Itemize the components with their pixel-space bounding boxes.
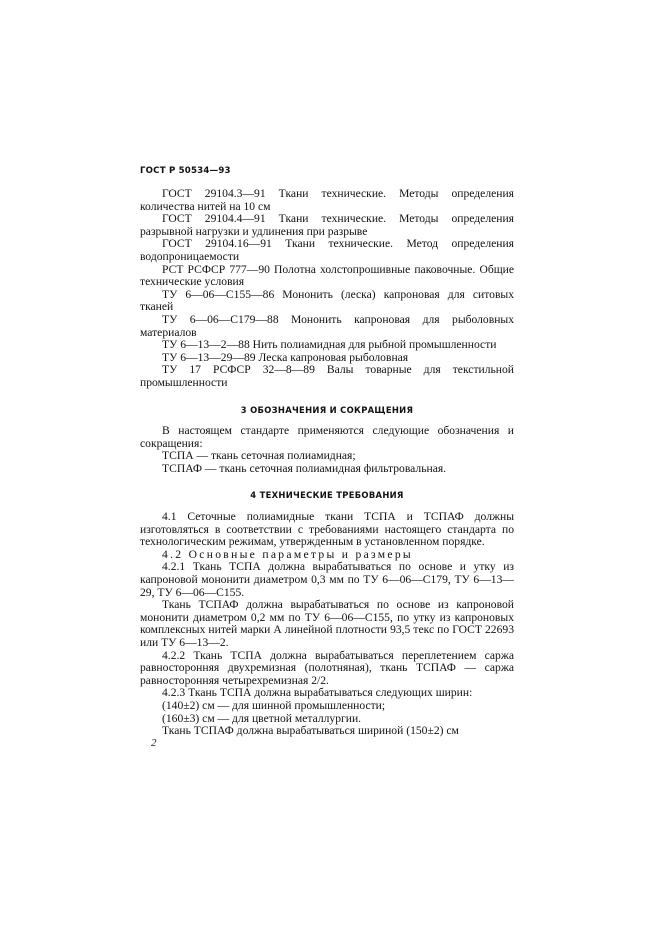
reference-item: ГОСТ 29104.4—91 Ткани технические. Метод… bbox=[140, 213, 514, 238]
clause-4-2-1-tspaf: Ткань ТСПАФ должна вырабатываться по осн… bbox=[140, 599, 514, 649]
reference-item: ГОСТ 29104.16—91 Ткани технические. Мето… bbox=[140, 238, 514, 263]
document-page: ГОСТ Р 50534—93 ГОСТ 29104.3—91 Ткани те… bbox=[0, 0, 661, 935]
abbreviation-item: ТСПАФ — ткань сеточная полиамидная фильт… bbox=[140, 463, 514, 476]
clause-4-2-3-tspaf: Ткань ТСПАФ должна вырабатываться ширино… bbox=[140, 725, 514, 738]
clause-4-2-2: 4.2.2 Ткань ТСПА должна вырабатываться п… bbox=[140, 650, 514, 688]
section-3-heading: 3 ОБОЗНАЧЕНИЯ И СОКРАЩЕНИЯ bbox=[140, 404, 514, 417]
reference-item: ТУ 6—13—2—88 Нить полиамидная для рыбной… bbox=[140, 339, 514, 352]
abbreviation-item: ТСПА — ткань сеточная полиамидная; bbox=[140, 450, 514, 463]
clause-4-2-1-tspa: 4.2.1 Ткань ТСПА должна вырабатываться п… bbox=[140, 561, 514, 599]
document-body: ГОСТ 29104.3—91 Ткани технические. Метод… bbox=[140, 188, 514, 738]
section-4-heading: 4 ТЕХНИЧЕСКИЕ ТРЕБОВАНИЯ bbox=[140, 489, 514, 502]
page-number: 2 bbox=[151, 737, 157, 749]
reference-item: ГОСТ 29104.3—91 Ткани технические. Метод… bbox=[140, 188, 514, 213]
section-3-intro: В настоящем стандарте применяются следую… bbox=[140, 425, 514, 450]
width-item: (140±2) см — для шинной промышленности; bbox=[140, 700, 514, 713]
document-header: ГОСТ Р 50534—93 bbox=[140, 166, 231, 176]
reference-item: РСТ РСФСР 777—90 Полотна холстопрошивные… bbox=[140, 264, 514, 289]
reference-item: ТУ 6—06—С155—86 Мононить (леска) капроно… bbox=[140, 289, 514, 314]
reference-item: ТУ 17 РСФСР 32—8—89 Валы товарные для те… bbox=[140, 364, 514, 389]
clause-4-1: 4.1 Сеточные полиамидные ткани ТСПА и ТС… bbox=[140, 511, 514, 549]
reference-item: ТУ 6—06—С179—88 Мононить капроновая для … bbox=[140, 314, 514, 339]
